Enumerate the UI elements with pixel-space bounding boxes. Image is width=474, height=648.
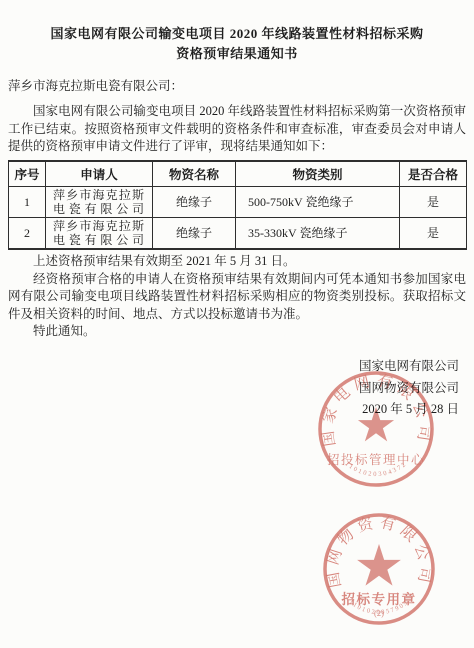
header-applicant: 申请人 xyxy=(46,161,153,187)
paragraph-validity: 上述资格预审结果有效期至 2021 年 5 月 31 日。 xyxy=(8,253,466,271)
seal-banner-text: 招投标管理中心 xyxy=(327,452,425,467)
cell-qualified: 是 xyxy=(400,218,467,250)
notice-document-page: 国家电网有限公司输变电项目 2020 年线路装置性材料招标采购 资格预审结果通知… xyxy=(0,0,474,648)
header-material-name: 物资名称 xyxy=(153,161,236,187)
paragraph-notice: 经资格预审合格的申请人在资格预审结果有效期间内可凭本通知书参加国家电网有限公司输… xyxy=(8,271,466,324)
header-seq: 序号 xyxy=(9,161,46,187)
title-line-1: 国家电网有限公司输变电项目 2020 年线路装置性材料招标采购 xyxy=(8,24,466,44)
header-material-category: 物资类别 xyxy=(236,161,400,187)
cell-qualified: 是 xyxy=(400,187,467,218)
cell-material-name: 绝缘子 xyxy=(153,187,236,218)
red-seal-bid-management-center: 国家电网有限公司 招投标管理中心 1101020304372 xyxy=(306,362,446,502)
document-title: 国家电网有限公司输变电项目 2020 年线路装置性材料招标采购 资格预审结果通知… xyxy=(8,24,466,64)
table-header-row: 序号 申请人 物资名称 物资类别 是否合格 xyxy=(9,161,467,187)
cell-applicant: 萍乡市海克拉斯电瓷有限公司 xyxy=(46,187,153,218)
paragraph-closing: 特此通知。 xyxy=(8,323,466,341)
red-seal-materials-bidding: 国网物资有限公司 招标专用章 (2) 1101020057903 xyxy=(313,505,445,637)
recipient-line: 萍乡市海克拉斯电瓷有限公司： xyxy=(8,76,466,94)
cell-applicant: 萍乡市海克拉斯电瓷有限公司 xyxy=(46,218,153,250)
seal-star-icon xyxy=(358,407,394,441)
table-row: 1 萍乡市海克拉斯电瓷有限公司 绝缘子 500-750kV 瓷绝缘子 是 xyxy=(9,187,467,218)
seal-star-icon xyxy=(357,544,401,586)
paragraph-intro: 国家电网有限公司输变电项目 2020 年线路装置性材料招标采购第一次资格预审工作… xyxy=(8,103,466,156)
cell-seq: 2 xyxy=(9,218,46,250)
table-row: 2 萍乡市海克拉斯电瓷有限公司 绝缘子 35-330kV 瓷绝缘子 是 xyxy=(9,218,467,250)
title-line-2: 资格预审结果通知书 xyxy=(8,44,466,64)
cell-material-name: 绝缘子 xyxy=(153,218,236,250)
cell-material-category: 35-330kV 瓷绝缘子 xyxy=(236,218,400,250)
qualification-result-table: 序号 申请人 物资名称 物资类别 是否合格 1 萍乡市海克拉斯电瓷有限公司 绝缘… xyxy=(8,160,467,251)
header-qualified: 是否合格 xyxy=(400,161,467,187)
cell-material-category: 500-750kV 瓷绝缘子 xyxy=(236,187,400,218)
cell-seq: 1 xyxy=(9,187,46,218)
